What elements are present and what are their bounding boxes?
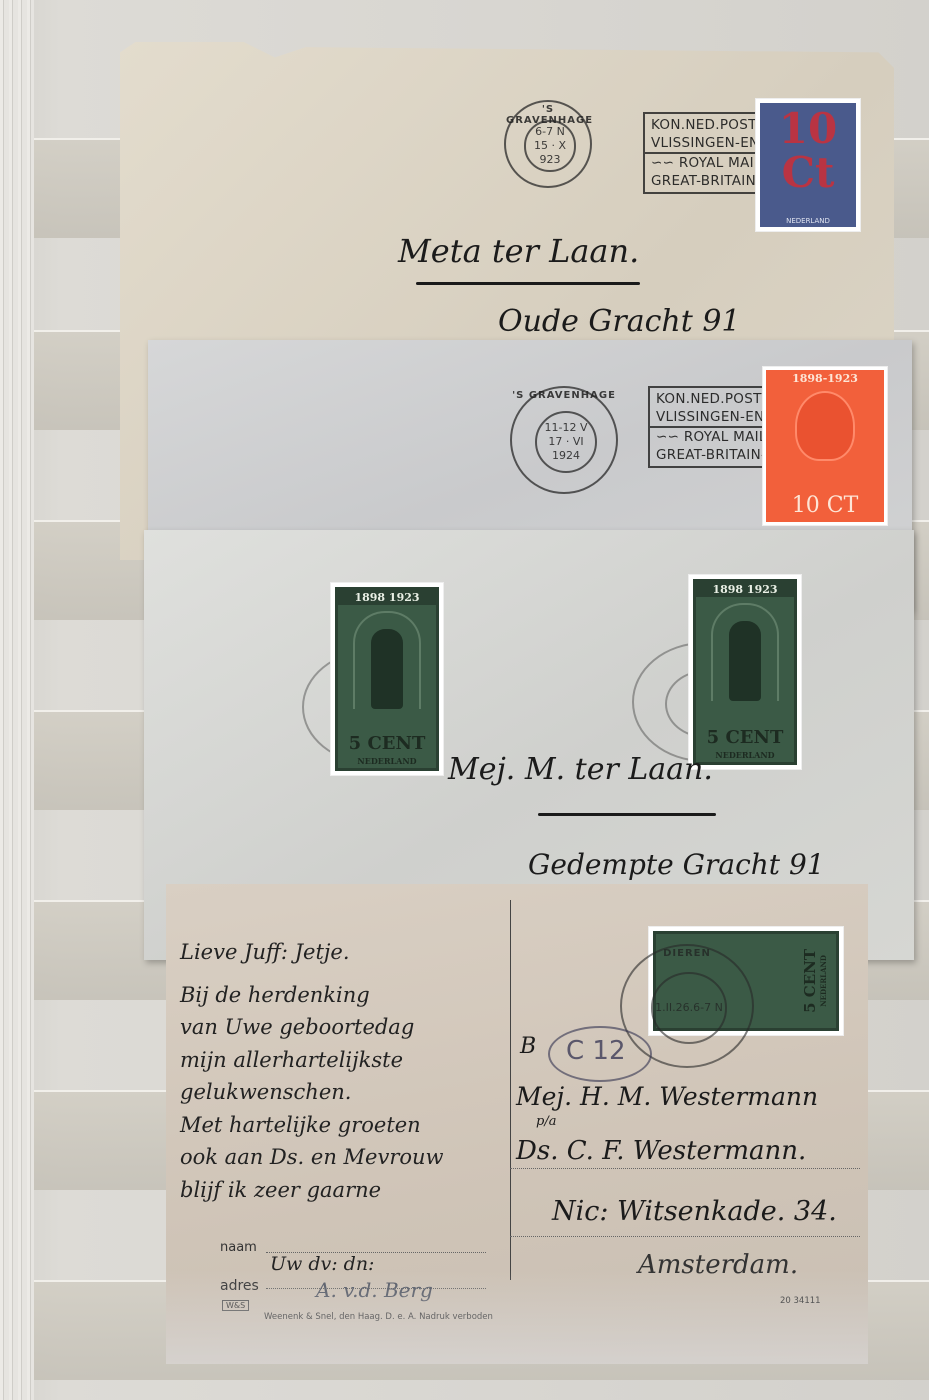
stamp-country: NEDERLAND (819, 955, 828, 1007)
postmark-date: 17 · VI (537, 435, 595, 449)
dotted-line (510, 1236, 860, 1237)
postcard-message: Lieve Juff: Jetje. Bij de herdenking van… (180, 936, 444, 1206)
address-line: p/a (536, 1114, 556, 1129)
postmark-date: 15 · X (526, 139, 573, 153)
queen-figure-icon (729, 621, 761, 701)
postmark-ring-text: 'S GRAVENHAGE (512, 390, 616, 401)
queen-portrait-icon (795, 391, 855, 461)
stamp-blue-overprint: 10 Ct NEDERLAND (755, 98, 861, 232)
stamp-country: NEDERLAND (338, 756, 436, 766)
stamp-green-5cent-right: 1898 1923 5 CENT NEDERLAND (688, 574, 802, 770)
stamp-face: 10 Ct NEDERLAND (760, 103, 856, 227)
throne-arch-icon (353, 611, 421, 709)
address-line: Ds. C. F. Westermann. (516, 1136, 806, 1166)
address-underline (416, 282, 640, 285)
cancel-c12: C 12 (566, 1036, 626, 1066)
throne-arch-icon (711, 603, 779, 701)
stamp-face: 1898 1923 5 CENT NEDERLAND (693, 579, 797, 765)
message-line: gelukwenschen. (180, 1076, 444, 1109)
stamp-orange-10ct: 1898-1923 10 CT (762, 366, 888, 526)
stamp-value: 5 CENT (696, 727, 794, 748)
address-line: Gedempte Gracht 91 (528, 848, 825, 881)
stamp-value: 5 CENT (801, 949, 819, 1013)
postmark-time: 11-12 V (537, 421, 595, 435)
stamp-country: NEDERLAND (760, 217, 856, 225)
message-line: ook aan Ds. en Mevrouw (180, 1141, 444, 1174)
address-line: Nic: Witsenkade. 34. (552, 1196, 837, 1227)
postmark-ring-text: DIEREN (622, 948, 752, 959)
message-line: Lieve Juff: Jetje. (180, 936, 444, 969)
stamp-years: 1898 1923 (696, 582, 794, 597)
postmark-time: 6-7 N (526, 125, 573, 139)
postmark-center: 6-7 N 15 · X 923 (524, 120, 575, 171)
stamp-green-5cent-left: 1898 1923 5 CENT NEDERLAND (330, 582, 444, 776)
message-line: Met hartelijke groeten (180, 1109, 444, 1142)
dotted-line (510, 1168, 860, 1169)
album-strip-overlay (166, 1270, 868, 1364)
address-underline (538, 813, 716, 816)
postmark-date: 1.II.26.6-7 N (653, 1001, 726, 1015)
slogan-text: ROYAL MAIL (679, 155, 762, 171)
address-line: Mej. H. M. Westermann (516, 1082, 818, 1111)
handwritten-mark: B (520, 1034, 536, 1059)
stamp-value: 10 CT (766, 493, 884, 518)
address-line: Meta ter Laan. (398, 232, 639, 270)
message-line: van Uwe geboortedag (180, 1011, 444, 1044)
wave-icon: ∽∽ (651, 155, 679, 171)
wave-icon: ∽∽ (656, 429, 684, 445)
stamp-overprint: 10 Ct (760, 107, 856, 195)
message-line: mijn allerhartelijkste (180, 1044, 444, 1077)
stamp-years: 1898-1923 (766, 370, 884, 385)
postcard-divider (510, 900, 511, 1280)
postmark-year: 1924 (537, 449, 595, 463)
slogan-text: ROYAL MAIL (684, 429, 767, 445)
message-line: Bij de herdenking (180, 979, 444, 1012)
postmark-center: 1.II.26.6-7 N (651, 972, 728, 1043)
album-leaf-edges (0, 0, 34, 1400)
postmark-gravenhage-1924: 'S GRAVENHAGE 11-12 V 17 · VI 1924 (510, 386, 618, 494)
stamp-years: 1898 1923 (338, 590, 436, 605)
address-line: Oude Gracht 91 (498, 304, 741, 340)
stamp-face: 1898-1923 10 CT (766, 370, 884, 522)
message-line: blijf ik zeer gaarne (180, 1174, 444, 1207)
queen-figure-icon (371, 629, 403, 709)
stamp-value: 5 CENT (338, 733, 436, 754)
postmark-gravenhage-1923: 'S GRAVENHAGE 6-7 N 15 · X 923 (504, 100, 592, 188)
address-line: Mej. M. ter Laan. (448, 752, 713, 787)
label-naam: naam (220, 1240, 257, 1255)
postmark-center: 11-12 V 17 · VI 1924 (535, 411, 597, 473)
stamp-face: 1898 1923 5 CENT NEDERLAND (335, 587, 439, 771)
postmark-year: 923 (526, 153, 573, 167)
